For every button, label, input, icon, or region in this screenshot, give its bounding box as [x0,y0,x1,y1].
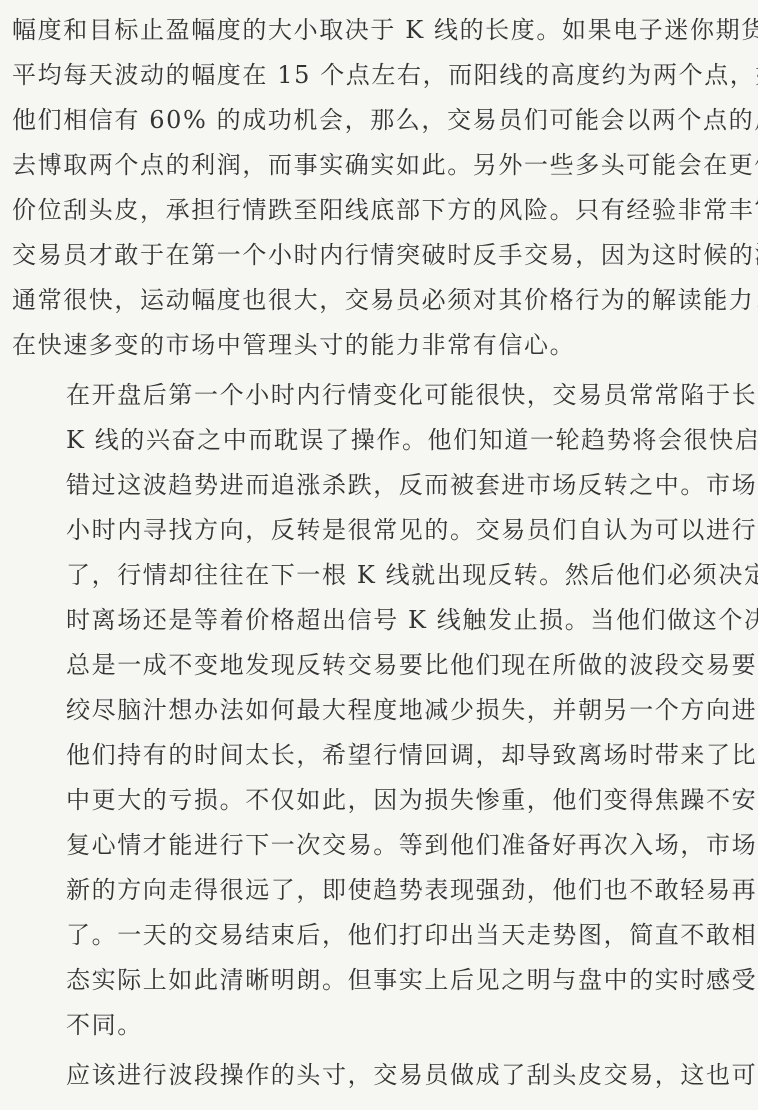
document-page: 幅度和目标止盈幅度的大小取决于 K 线的长度。如果电子迷你期货的 平均每天波动的… [12,8,734,1103]
text-line: 总是一成不变地发现反转交易要比他们现在所做的波段交易要好，他们 [12,643,734,688]
text-line: K 线的兴奋之中而耽误了操作。他们知道一轮趋势将会很快启动，生怕 [12,418,734,463]
text-line: 他们相信有 60% 的成功机会，那么，交易员们可能会以两个点的风险 [12,98,734,143]
text-line: 了，行情却往往在下一根 K 线就出现反转。然后他们必须决定是先暂 [12,553,734,598]
paragraph-1: 幅度和目标止盈幅度的大小取决于 K 线的长度。如果电子迷你期货的 平均每天波动的… [12,8,734,368]
text-line: 去博取两个点的利润，而事实确实如此。另外一些多头可能会在更低的 [12,143,734,188]
text-line: 平均每天波动的幅度在 15 个点左右，而阳线的高度约为两个点，如果 [12,53,734,98]
text-line: 不同。 [12,1003,734,1048]
paragraph-3: 应该进行波段操作的头寸，交易员做成了刮头皮交易，这也可能导 [12,1053,734,1098]
text-line: 通常很快，运动幅度也很大，交易员必须对其价格行为的解读能力以及 [12,278,734,323]
text-line: 小时内寻找方向，反转是很常见的。交易员们自认为可以进行波段交易 [12,508,734,553]
text-line: 价位刮头皮，承担行情跌至阳线底部下方的风险。只有经验非常丰富的 [12,188,734,233]
text-line: 在开盘后第一个小时内行情变化可能很快，交易员常常陷于长趋势 [12,373,734,418]
text-line: 中更大的亏损。不仅如此，因为损失惨重，他们变得焦躁不安，需要平 [12,778,734,823]
text-line: 在快速多变的市场中管理头寸的能力非常有信心。 [12,323,734,368]
text-line: 他们持有的时间太长，希望行情回调，却导致离场时带来了比他们预想 [12,733,734,778]
text-line: 错过这波趋势进而追涨杀跌，反而被套进市场反转之中。市场在第一个 [12,463,734,508]
text-line: 复心情才能进行下一次交易。等到他们准备好再次入场，市场已经朝着 [12,823,734,868]
text-line: 新的方向走得很远了，即使趋势表现强劲，他们也不敢轻易再进行交易 [12,868,734,913]
text-line: 态实际上如此清晰明朗。但事实上后见之明与盘中的实时感受非常 [12,958,734,1003]
text-line: 幅度和目标止盈幅度的大小取决于 K 线的长度。如果电子迷你期货的 [12,8,734,53]
text-line: 了。一天的交易结束后，他们打印出当天走势图，简直不敢相信入场形 [12,913,734,958]
text-line: 时离场还是等着价格超出信号 K 线触发止损。当他们做这个决定时， [12,598,734,643]
paragraph-2: 在开盘后第一个小时内行情变化可能很快，交易员常常陷于长趋势 K 线的兴奋之中而耽… [12,373,734,1048]
text-line: 应该进行波段操作的头寸，交易员做成了刮头皮交易，这也可能导 [12,1053,734,1098]
text-line: 绞尽脑汁想办法如何最大程度地减少损失，并朝另一个方向进行交易。 [12,688,734,733]
text-line: 交易员才敢于在第一个小时内行情突破时反手交易，因为这时候的波动 [12,233,734,278]
